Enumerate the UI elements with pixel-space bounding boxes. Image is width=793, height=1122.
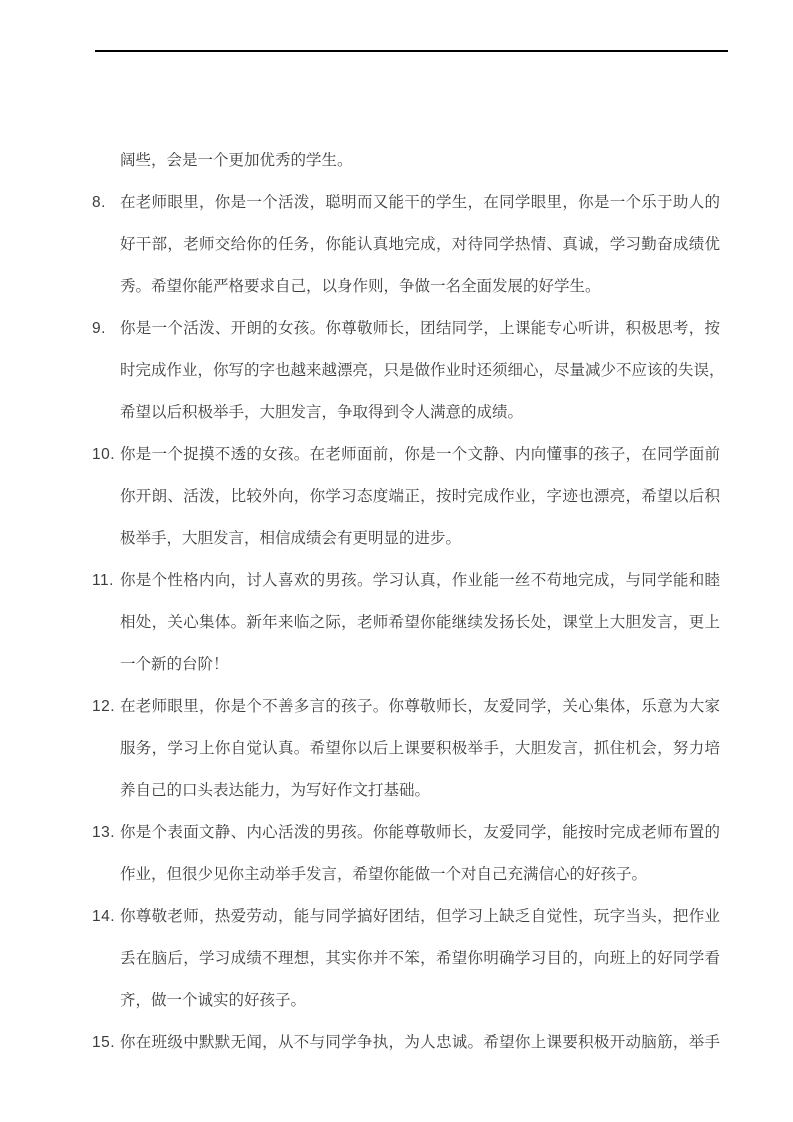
text-line: 养自己的口头表达能力，为写好作文打基础。 <box>120 770 720 812</box>
list-item-13: 13. 你是个表面文静、内心活泼的男孩。你能尊敬师长，友爱同学，能按时完成老师布… <box>92 812 720 896</box>
text-line: 你是个表面文静、内心活泼的男孩。你能尊敬师长，友爱同学，能按时完成老师布置的 <box>120 812 720 854</box>
text-line: 极举手，大胆发言，相信成绩会有更明显的进步。 <box>120 518 720 560</box>
item-number-13: 13. <box>92 812 120 854</box>
document-body: 阔些，会是一个更加优秀的学生。 8. 在老师眼里，你是一个活泼，聪明而又能干的学… <box>92 140 720 1064</box>
item-number-12: 12. <box>92 686 120 728</box>
text-line: 你是个性格内向，讨人喜欢的男孩。学习认真，作业能一丝不苟地完成，与同学能和睦 <box>120 560 720 602</box>
text-line: 你在班级中默默无闻，从不与同学争执，为人忠诚。希望你上课要积极开动脑筋，举手 <box>120 1022 720 1064</box>
item-number-14: 14. <box>92 896 120 938</box>
text-line: 希望以后积极举手，大胆发言，争取得到令人满意的成绩。 <box>120 392 720 434</box>
text-line: 作业，但很少见你主动举手发言，希望你能做一个对自己充满信心的好孩子。 <box>120 854 720 896</box>
text-line: 时完成作业，你写的字也越来越漂亮，只是做作业时还须细心，尽量减少不应该的失误， <box>120 350 720 392</box>
header-rule <box>95 50 728 52</box>
list-item-9: 9. 你是一个活泼、开朗的女孩。你尊敬师长，团结同学，上课能专心听讲，积极思考，… <box>92 308 720 434</box>
text-line: 你是一个活泼、开朗的女孩。你尊敬师长，团结同学，上课能专心听讲，积极思考，按 <box>120 308 720 350</box>
text-line: 你是一个捉摸不透的女孩。在老师面前，你是一个文静、内向懂事的孩子，在同学面前 <box>120 434 720 476</box>
text-line: 在老师眼里，你是个不善多言的孩子。你尊敬师长，友爱同学，关心集体，乐意为大家 <box>120 686 720 728</box>
text-line: 秀。希望你能严格要求自己，以身作则，争做一名全面发展的好学生。 <box>120 266 720 308</box>
text-line: 相处，关心集体。新年来临之际，老师希望你能继续发扬长处，课堂上大胆发言，更上 <box>120 602 720 644</box>
list-item-8: 8. 在老师眼里，你是一个活泼，聪明而又能干的学生，在同学眼里，你是一个乐于助人… <box>92 182 720 308</box>
text-line: 一个新的台阶！ <box>120 644 720 686</box>
text-line: 好干部，老师交给你的任务，你能认真地完成，对待同学热情、真诚，学习勤奋成绩优 <box>120 224 720 266</box>
list-item-12: 12. 在老师眼里，你是个不善多言的孩子。你尊敬师长，友爱同学，关心集体，乐意为… <box>92 686 720 812</box>
list-item-11: 11. 你是个性格内向，讨人喜欢的男孩。学习认真，作业能一丝不苟地完成，与同学能… <box>92 560 720 686</box>
paragraph-continuation: 阔些，会是一个更加优秀的学生。 <box>92 140 720 182</box>
document-page: 阔些，会是一个更加优秀的学生。 8. 在老师眼里，你是一个活泼，聪明而又能干的学… <box>0 0 793 1122</box>
text-line: 齐，做一个诚实的好孩子。 <box>120 980 720 1022</box>
text-line: 你开朗、活泼，比较外向，你学习态度端正，按时完成作业，字迹也漂亮，希望以后积 <box>120 476 720 518</box>
item-number-11: 11. <box>92 560 120 602</box>
item-number-8: 8. <box>92 182 120 224</box>
text-line: 你尊敬老师，热爱劳动，能与同学搞好团结，但学习上缺乏自觉性，玩字当头，把作业 <box>120 896 720 938</box>
item-number-10: 10. <box>92 434 120 476</box>
text-line: 在老师眼里，你是一个活泼，聪明而又能干的学生，在同学眼里，你是一个乐于助人的 <box>120 182 720 224</box>
text-line: 服务，学习上你自觉认真。希望你以后上课要积极举手，大胆发言，抓住机会，努力培 <box>120 728 720 770</box>
text-line: 阔些，会是一个更加优秀的学生。 <box>120 140 720 182</box>
text-line: 丢在脑后，学习成绩不理想，其实你并不笨，希望你明确学习目的，向班上的好同学看 <box>120 938 720 980</box>
list-item-15: 15. 你在班级中默默无闻，从不与同学争执，为人忠诚。希望你上课要积极开动脑筋，… <box>92 1022 720 1064</box>
list-item-10: 10. 你是一个捉摸不透的女孩。在老师面前，你是一个文静、内向懂事的孩子，在同学… <box>92 434 720 560</box>
list-item-14: 14. 你尊敬老师，热爱劳动，能与同学搞好团结，但学习上缺乏自觉性，玩字当头，把… <box>92 896 720 1022</box>
item-number-9: 9. <box>92 308 120 350</box>
item-number-15: 15. <box>92 1022 120 1064</box>
